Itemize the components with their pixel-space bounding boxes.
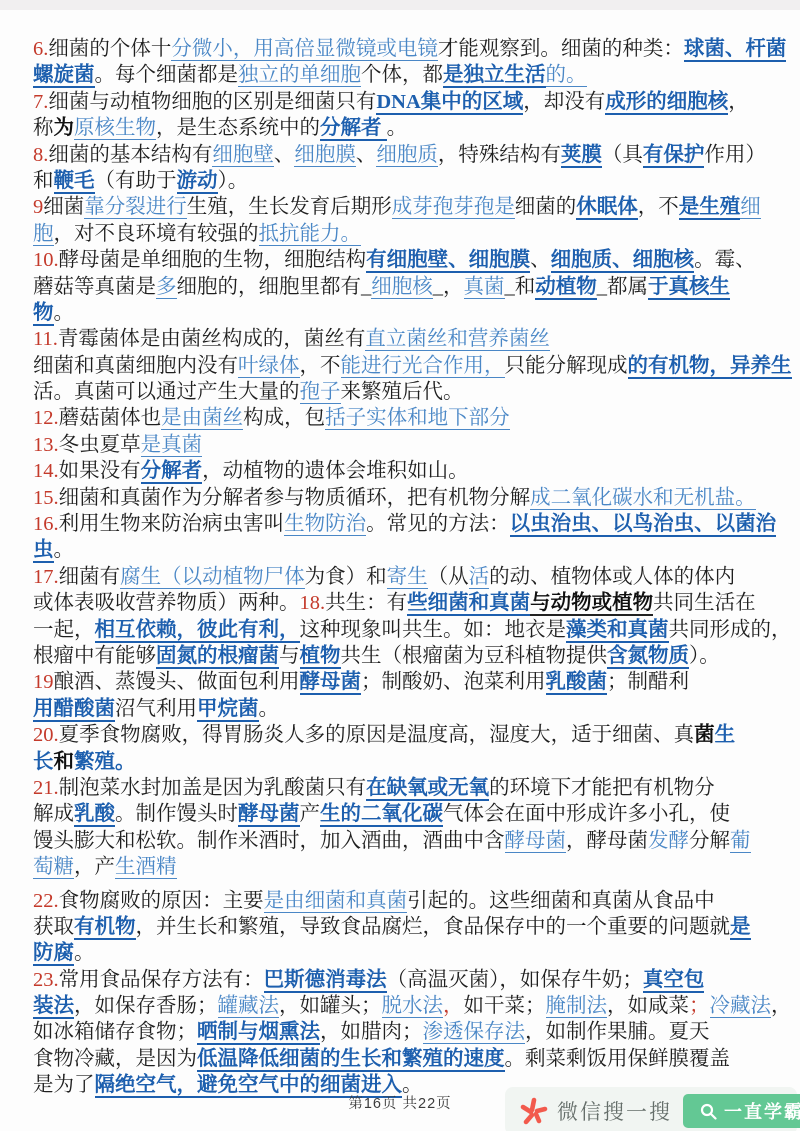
- text-segment: 发酵: [648, 830, 689, 852]
- text-segment: 只能分解现成: [505, 355, 628, 377]
- text-segment: 是: [730, 916, 751, 940]
- text-segment: ；制醋利: [607, 671, 689, 693]
- text-segment: 渗透保存法: [423, 1021, 526, 1044]
- text-segment: 细胞核: [371, 276, 433, 299]
- text-segment: 固氮的根瘤菌: [156, 645, 279, 669]
- text-line: 获取有机物，并生长和繁殖，导致食品腐烂，食品保存中的一个重要的问题就是: [33, 914, 778, 940]
- text-line: 虫。: [33, 537, 778, 563]
- text-segment: 活: [469, 566, 490, 589]
- text-segment: 细菌和真菌作为分解者参与物质循环，把有机物分解: [59, 487, 531, 509]
- text-segment: 23.: [33, 969, 59, 991]
- text-segment: 真空包: [643, 969, 705, 993]
- text-segment: 多: [156, 276, 177, 299]
- text-segment: 21.: [33, 777, 59, 799]
- text-segment: 繁殖。: [74, 751, 136, 773]
- text-segment: ，如保存香肠；: [74, 995, 218, 1017]
- text-segment: 含氮物质: [607, 645, 689, 669]
- text-segment: 利用生物来防治病虫害叫: [59, 513, 285, 535]
- text-line: 螺旋菌。每个细菌都是独立的单细胞个体，都是独立生活的。: [33, 62, 778, 88]
- text-segment: 的有机物，异养生: [628, 355, 792, 379]
- text-segment: 有保护: [643, 144, 705, 168]
- text-segment: 游动: [177, 170, 218, 194]
- text-segment: 生殖，生长发育后期形: [187, 196, 392, 218]
- text-segment: 细菌的: [515, 196, 577, 218]
- text-segment: 物: [33, 302, 54, 326]
- text-line: 10.酵母菌是单细胞的生物，细胞结构有细胞壁、细胞膜、细胞质、细胞核。霉、: [33, 247, 778, 273]
- text-segment: 叶绿体: [238, 355, 300, 378]
- text-segment: 细胞壁: [212, 144, 274, 167]
- text-segment: 细胞膜: [294, 144, 356, 167]
- text-segment: 蘑菇菌体也: [59, 407, 162, 429]
- text-line: 萄糖，产生酒精: [33, 854, 778, 880]
- text-line: 用醋酸菌沼气利用甲烷菌。: [33, 696, 778, 722]
- text-segment: ，如咸菜: [607, 995, 689, 1017]
- text-line: 15.细菌和真菌作为分解者参与物质循环，把有机物分解成二氧化碳水和无机盐。: [33, 485, 778, 511]
- text-segment: 动植物: [535, 276, 597, 300]
- notes-content: 6.细菌的个体十分微小，用高倍显微镜或电镜才能观察到。细菌的种类：球菌、杆菌螺旋…: [33, 36, 778, 1099]
- text-segment: 活。真菌可以通过产生大量的: [33, 381, 300, 403]
- text-segment: 虫: [33, 539, 54, 563]
- text-segment: ，: [771, 995, 792, 1017]
- text-segment: 8.: [33, 144, 48, 166]
- text-segment: 萄糖: [33, 856, 74, 879]
- text-segment: 细胞的，细胞里都有_: [177, 276, 372, 298]
- text-segment: ；制酸奶、泡菜利用: [361, 671, 546, 693]
- text-segment: 细: [740, 196, 761, 219]
- text-segment: 蘑菇等真菌是: [33, 276, 156, 298]
- page-indicator: 第16页 共22页: [348, 1096, 451, 1112]
- text-segment: 16.: [33, 513, 59, 535]
- text-segment: 22.: [33, 890, 59, 912]
- text-segment: 细菌和真菌细胞内没有: [33, 355, 238, 377]
- text-segment: 独立的单细胞: [238, 64, 361, 87]
- text-segment: （从: [428, 566, 469, 588]
- text-segment: 细菌的基本结构有: [48, 144, 212, 166]
- text-segment: 细菌与动植物细胞的区别是细菌只有: [48, 91, 376, 113]
- text-segment: 共生（根瘤菌为豆科植物提供: [341, 645, 608, 667]
- text-line: 防腐。: [33, 940, 778, 966]
- text-segment: 13.: [33, 434, 59, 456]
- text-segment: 6.: [33, 38, 48, 60]
- text-segment: _都属: [597, 276, 648, 298]
- text-segment: 细胞质、细胞核: [551, 249, 695, 273]
- text-segment: 酵母菌: [505, 830, 567, 853]
- text-line: 21.制泡菜水封加盖是因为乳酸菌只有在缺氧或无氧的环境下才能把有机物分: [33, 775, 778, 801]
- text-segment: 酵母菌是单细胞的生物，细胞结构: [59, 249, 367, 271]
- text-segment: 罐藏法: [218, 995, 280, 1018]
- text-segment: 分解: [689, 830, 730, 852]
- text-line: 7.细菌与动植物细胞的区别是细菌只有DNA集中的区域，却没有成形的细胞核，: [33, 89, 778, 115]
- text-segment: 甲烷菌: [197, 698, 259, 722]
- text-segment: 成形的细胞核: [605, 91, 728, 115]
- text-line: 蘑菇等真菌是多细胞的，细胞里都有_细胞核_，真菌_和动植物_都属于真核生: [33, 274, 778, 300]
- text-segment: 真菌: [464, 276, 505, 299]
- text-line: 称为原核生物，是生态系统中的分解者 。: [33, 115, 778, 141]
- text-line: 一起，相互依赖，彼此有利，这种现象叫共生。如：地衣是藻类和真菌共同形成的，: [33, 617, 778, 643]
- text-segment: 获取: [33, 916, 74, 938]
- text-segment: 生酒精: [115, 856, 177, 879]
- text-segment: 球菌、杆菌: [684, 38, 787, 62]
- text-segment: ，对不良环境有较强的: [54, 223, 259, 245]
- text-segment: 于真核生: [648, 276, 730, 300]
- text-segment: 如干菜；: [464, 995, 546, 1017]
- text-line: 17.细菌有腐生（以动植物尸体为食）和寄生（从活的动、植物体或人体的体内: [33, 564, 778, 590]
- text-segment: ，特殊结构有: [438, 144, 561, 166]
- text-segment: 相互依赖，: [95, 619, 198, 643]
- text-segment: 葡: [730, 830, 751, 853]
- text-segment: 解成: [33, 803, 74, 825]
- text-segment: 引起的。这些细菌和真菌从食品中: [407, 890, 715, 912]
- text-segment: ，: [728, 91, 749, 113]
- text-segment: 。制作馒头时: [115, 803, 238, 825]
- text-segment: 18.: [300, 592, 326, 614]
- text-line: 根瘤中有能够固氮的根瘤菌与植物共生（根瘤菌为豆科植物提供含氮物质）。: [33, 643, 778, 669]
- text-segment: 靠分裂进行: [84, 196, 187, 219]
- text-segment: 来繁殖后代。: [341, 381, 464, 403]
- text-segment: ，动植物的遗体会堆积如山。: [202, 460, 469, 482]
- text-segment: 孢子: [300, 381, 341, 404]
- text-segment: 气体会在面中形成许多小孔，使: [443, 803, 730, 825]
- text-line: 装法，如保存香肠；罐藏法，如罐头；脱水法，如干菜；腌制法，如咸菜；冷藏法，: [33, 993, 778, 1019]
- watermark-brand-label: 微信搜一搜: [557, 1096, 672, 1126]
- text-segment: ，是生态系统中的: [156, 117, 320, 139]
- text-segment: 乳酸菌: [546, 671, 608, 695]
- text-segment: 。剩菜剩饭用保鲜膜覆盖: [505, 1048, 731, 1070]
- text-segment: 常用食品保存方法有：: [59, 969, 264, 991]
- text-segment: 细菌: [43, 196, 84, 218]
- text-segment: ，却没有: [523, 91, 605, 113]
- text-segment: 这种现象叫共生。如：地衣是: [300, 619, 567, 641]
- text-segment: 括子实体和地下部分: [325, 407, 510, 430]
- text-segment: 脱水法: [382, 995, 444, 1018]
- text-line: 如冰箱储存食物；晒制与烟熏法，如腊肉；渗透保存法，如制作果脯。夏天: [33, 1019, 778, 1045]
- text-segment: 沼气利用: [115, 698, 197, 720]
- text-line: 14.如果没有分解者，动植物的遗体会堆积如山。: [33, 458, 778, 484]
- text-segment: 称: [33, 117, 54, 139]
- text-segment: 彼此有利，: [197, 619, 300, 643]
- text-segment: 青霉菌体是由菌丝构成的，菌丝有: [58, 328, 366, 350]
- text-segment: ）。: [218, 170, 249, 192]
- text-segment: 分解者: [320, 117, 387, 141]
- text-segment: ，如腊肉；: [320, 1021, 423, 1043]
- text-segment: 夏季食物腐败，得胃肠炎人多的原因是温度高，湿度大，适于细菌、真: [59, 724, 695, 746]
- text-segment: 如果没有: [59, 460, 141, 482]
- text-segment: 7.: [33, 91, 48, 113]
- text-segment: 菌: [694, 724, 715, 746]
- text-segment: 长: [33, 751, 54, 773]
- text-segment: ，并生长和繁殖，导致食品腐烂，食品保存中的一个重要的问题就: [136, 916, 731, 938]
- text-line: 13.冬虫夏草是真菌: [33, 432, 778, 458]
- text-line: 馒头膨大和松软。制作米酒时，加入酒曲，酒曲中含酵母菌，酵母菌发酵分解葡: [33, 828, 778, 854]
- text-segment: 15.: [33, 487, 59, 509]
- text-line: 物。: [33, 300, 778, 326]
- text-line: 9细菌靠分裂进行生殖，生长发育后期形成芽孢芽孢是细菌的休眠体，不是生殖细: [33, 194, 778, 220]
- text-segment: 以虫治虫、以鸟治虫、以菌治: [510, 513, 777, 537]
- text-segment: 与动物或植物: [530, 592, 653, 616]
- text-segment: 是生殖: [679, 196, 741, 220]
- text-line: 22.食物腐败的原因：主要是由细菌和真菌引起的。这些细菌和真菌从食品中: [33, 888, 778, 914]
- text-segment: 个体，都: [361, 64, 443, 86]
- text-segment: 低温降低细菌的生长和繁殖的速度: [197, 1048, 505, 1072]
- text-segment: ，酵母菌: [566, 830, 648, 852]
- text-segment: 腌制法: [546, 995, 608, 1018]
- text-segment: 防腐: [33, 942, 74, 966]
- text-segment: 14.: [33, 460, 59, 482]
- text-segment: 10.: [33, 249, 59, 271]
- text-segment: 生的二氧化碳: [320, 803, 443, 827]
- text-line: 或体表吸收营养物质）两种。18.共生：有些细菌和真菌与动物或植物共同生活在: [33, 590, 778, 616]
- text-segment: 装法: [33, 995, 74, 1019]
- text-line: 8.细菌的基本结构有细胞壁、细胞膜、细胞质，特殊结构有荚膜（具有保护作用）: [33, 142, 778, 168]
- text-segment: 植物: [300, 645, 341, 669]
- text-segment: 生物防治: [284, 513, 366, 536]
- text-segment: 。: [259, 698, 280, 720]
- text-segment: 酵母菌: [300, 671, 362, 695]
- text-segment: 冷藏法: [710, 995, 772, 1018]
- text-segment: _，: [433, 276, 464, 298]
- text-segment: 成二氧化碳水和无机盐。: [530, 487, 756, 510]
- text-segment: 细菌有: [59, 566, 121, 588]
- text-line: 解成乳酸。制作馒头时酵母菌产生的二氧化碳气体会在面中形成许多小孔，使: [33, 801, 778, 827]
- text-segment: 酵母菌: [238, 803, 300, 827]
- text-segment: 有机物: [74, 916, 136, 940]
- text-segment: 是由菌丝: [161, 407, 243, 430]
- text-segment: 19: [33, 671, 54, 693]
- text-segment: 细胞质: [376, 144, 438, 167]
- text-segment: 共生：有: [325, 592, 407, 614]
- text-segment: 、: [274, 144, 295, 166]
- text-line: 食物冷藏，是因为低温降低细菌的生长和繁殖的速度。剩菜剩饭用保鲜膜覆盖: [33, 1046, 778, 1072]
- text-segment: ，: [443, 995, 464, 1017]
- text-segment: （高温灭菌），如保存牛奶；: [387, 969, 643, 991]
- text-segment: 生: [715, 724, 736, 746]
- text-segment: 与: [279, 645, 300, 667]
- text-segment: （有助于: [95, 170, 177, 192]
- text-segment: 20.: [33, 724, 59, 746]
- text-segment: 荚膜: [561, 144, 602, 168]
- text-segment: 。霉、: [694, 249, 756, 271]
- text-line: 20.夏季食物腐败，得胃肠炎人多的原因是温度高，湿度大，适于细菌、真菌生: [33, 722, 778, 748]
- text-segment: 休眠体: [576, 196, 638, 220]
- text-segment: 根瘤中有能够: [33, 645, 156, 667]
- text-segment: 胞: [33, 223, 54, 246]
- text-segment: 抵抗能力。: [259, 223, 362, 246]
- text-segment: 一起，: [33, 619, 95, 641]
- watermark-button-label: 一直学霸: [724, 1098, 800, 1124]
- text-segment: 鞭毛: [54, 170, 95, 194]
- text-segment: 馒头膨大和松软。制作米酒时，加入酒曲，酒曲中含: [33, 830, 505, 852]
- text-segment: ，不: [638, 196, 679, 218]
- text-line: 11.青霉菌体是由菌丝构成的，菌丝有直立菌丝和营养菌丝: [33, 326, 778, 352]
- text-segment: 、: [356, 144, 377, 166]
- wechat-search-spark-icon: [519, 1096, 549, 1126]
- text-segment: ）。: [689, 645, 720, 667]
- text-line: 胞，对不良环境有较强的抵抗能力。: [33, 221, 778, 247]
- text-segment: ，如罐头；: [279, 995, 382, 1017]
- text-segment: _和: [505, 276, 536, 298]
- text-segment: 腐生（以动植物尸体: [120, 566, 305, 589]
- text-segment: 食物冷藏，是因为: [33, 1048, 197, 1070]
- text-segment: 分微小，用高倍显微镜或电镜: [171, 38, 438, 61]
- text-line: 长和繁殖。: [33, 749, 778, 775]
- page-top-shade: [0, 0, 800, 10]
- text-segment: 。: [54, 539, 75, 561]
- text-segment: 在缺氧或无氧: [366, 777, 489, 801]
- text-segment: 的。: [546, 64, 587, 87]
- text-segment: ；: [689, 995, 710, 1017]
- text-segment: 的环境下才能把有机物分: [489, 777, 715, 799]
- text-segment: 12.: [33, 407, 59, 429]
- text-line: 12.蘑菇菌体也是由菌丝构成，包括子实体和地下部分: [33, 405, 778, 431]
- text-segment: ，不: [300, 355, 341, 377]
- text-segment: 直立菌丝和营养菌丝: [365, 328, 550, 351]
- text-segment: 是真菌: [141, 434, 203, 457]
- text-segment: 是独立生活: [443, 64, 546, 88]
- text-segment: 巴斯德消毒法: [264, 969, 387, 993]
- text-segment: 能进行光合作用，: [341, 355, 505, 378]
- text-segment: 乳酸: [74, 803, 115, 827]
- text-line: 19酿酒、蒸馒头、做面包利用酵母菌；制酸奶、泡菜利用乳酸菌；制醋利: [33, 669, 778, 695]
- magnifier-icon: [700, 1103, 717, 1120]
- text-segment: 。: [54, 302, 75, 324]
- text-line: 6.细菌的个体十分微小，用高倍显微镜或电镜才能观察到。细菌的种类：球菌、杆菌: [33, 36, 778, 62]
- text-segment: 共同生活在: [653, 592, 756, 614]
- text-segment: 才能观察到。细菌的种类：: [438, 38, 684, 60]
- text-segment: （具: [602, 144, 643, 166]
- text-segment: 、: [530, 249, 551, 271]
- text-line: 16.利用生物来防治病虫害叫生物防治。常见的方法：以虫治虫、以鸟治虫、以菌治: [33, 511, 778, 537]
- text-segment: 寄生: [387, 566, 428, 589]
- text-segment: 9: [33, 196, 43, 218]
- text-segment: 制泡菜水封加盖是因为乳酸菌只有: [59, 777, 367, 799]
- text-segment: 作用）: [704, 144, 766, 166]
- text-line: 23.常用食品保存方法有：巴斯德消毒法（高温灭菌），如保存牛奶；真空包: [33, 967, 778, 993]
- text-segment: 原核生物: [74, 117, 156, 140]
- text-segment: 。: [387, 117, 408, 139]
- text-segment: 。常见的方法：: [366, 513, 510, 535]
- text-segment: 螺旋菌: [33, 64, 95, 88]
- watermark-search-button: 一直学霸: [683, 1094, 800, 1128]
- text-segment: 如冰箱储存食物；: [33, 1021, 197, 1043]
- text-line: 活。真菌可以通过产生大量的孢子来繁殖后代。: [33, 379, 778, 405]
- text-line: 和鞭毛（有助于游动）。: [33, 168, 778, 194]
- text-segment: 晒制与烟熏法: [197, 1021, 320, 1045]
- text-segment: 产: [300, 803, 321, 825]
- text-segment: ，如制作果脯。夏天: [525, 1021, 710, 1043]
- text-segment: 酿酒、蒸馒头、做面包利用: [54, 671, 300, 693]
- text-segment: 是由细菌和真菌: [264, 890, 408, 913]
- text-segment: 和: [54, 751, 75, 773]
- text-segment: 细菌的个体十: [48, 38, 171, 60]
- text-segment: 11.: [33, 328, 58, 350]
- text-segment: 冬虫夏草: [59, 434, 141, 456]
- text-segment: 为: [54, 117, 75, 139]
- text-segment: ，产: [74, 856, 115, 878]
- text-segment: 有细胞壁、细胞膜: [366, 249, 530, 273]
- text-segment: 。每个细菌都是: [95, 64, 239, 86]
- text-segment: 食物腐败的原因：主要: [59, 890, 264, 912]
- text-segment: 共同形成的，: [669, 619, 792, 641]
- text-segment: 些细菌和真菌: [407, 592, 530, 616]
- text-segment: 分解者: [141, 460, 203, 484]
- wechat-search-watermark: 微信搜一搜 一直学霸: [505, 1087, 797, 1131]
- text-segment: 的动、植物体或人体的体内: [489, 566, 735, 588]
- text-segment: 藻类和真菌: [566, 619, 669, 643]
- text-segment: 和: [33, 170, 54, 192]
- text-segment: 用醋酸菌: [33, 698, 115, 722]
- text-segment: DNA集中的区域: [376, 91, 523, 115]
- text-segment: 或体表吸收营养物质）两种。: [33, 592, 300, 614]
- text-segment: 成芽孢芽孢是: [392, 196, 515, 219]
- text-segment: 17.: [33, 566, 59, 588]
- text-line: 细菌和真菌细胞内没有叶绿体，不能进行光合作用，只能分解现成的有机物，异养生: [33, 353, 778, 379]
- text-segment: 为食）和: [305, 566, 387, 588]
- text-segment: 构成，包: [243, 407, 325, 429]
- text-segment: 。: [74, 942, 95, 964]
